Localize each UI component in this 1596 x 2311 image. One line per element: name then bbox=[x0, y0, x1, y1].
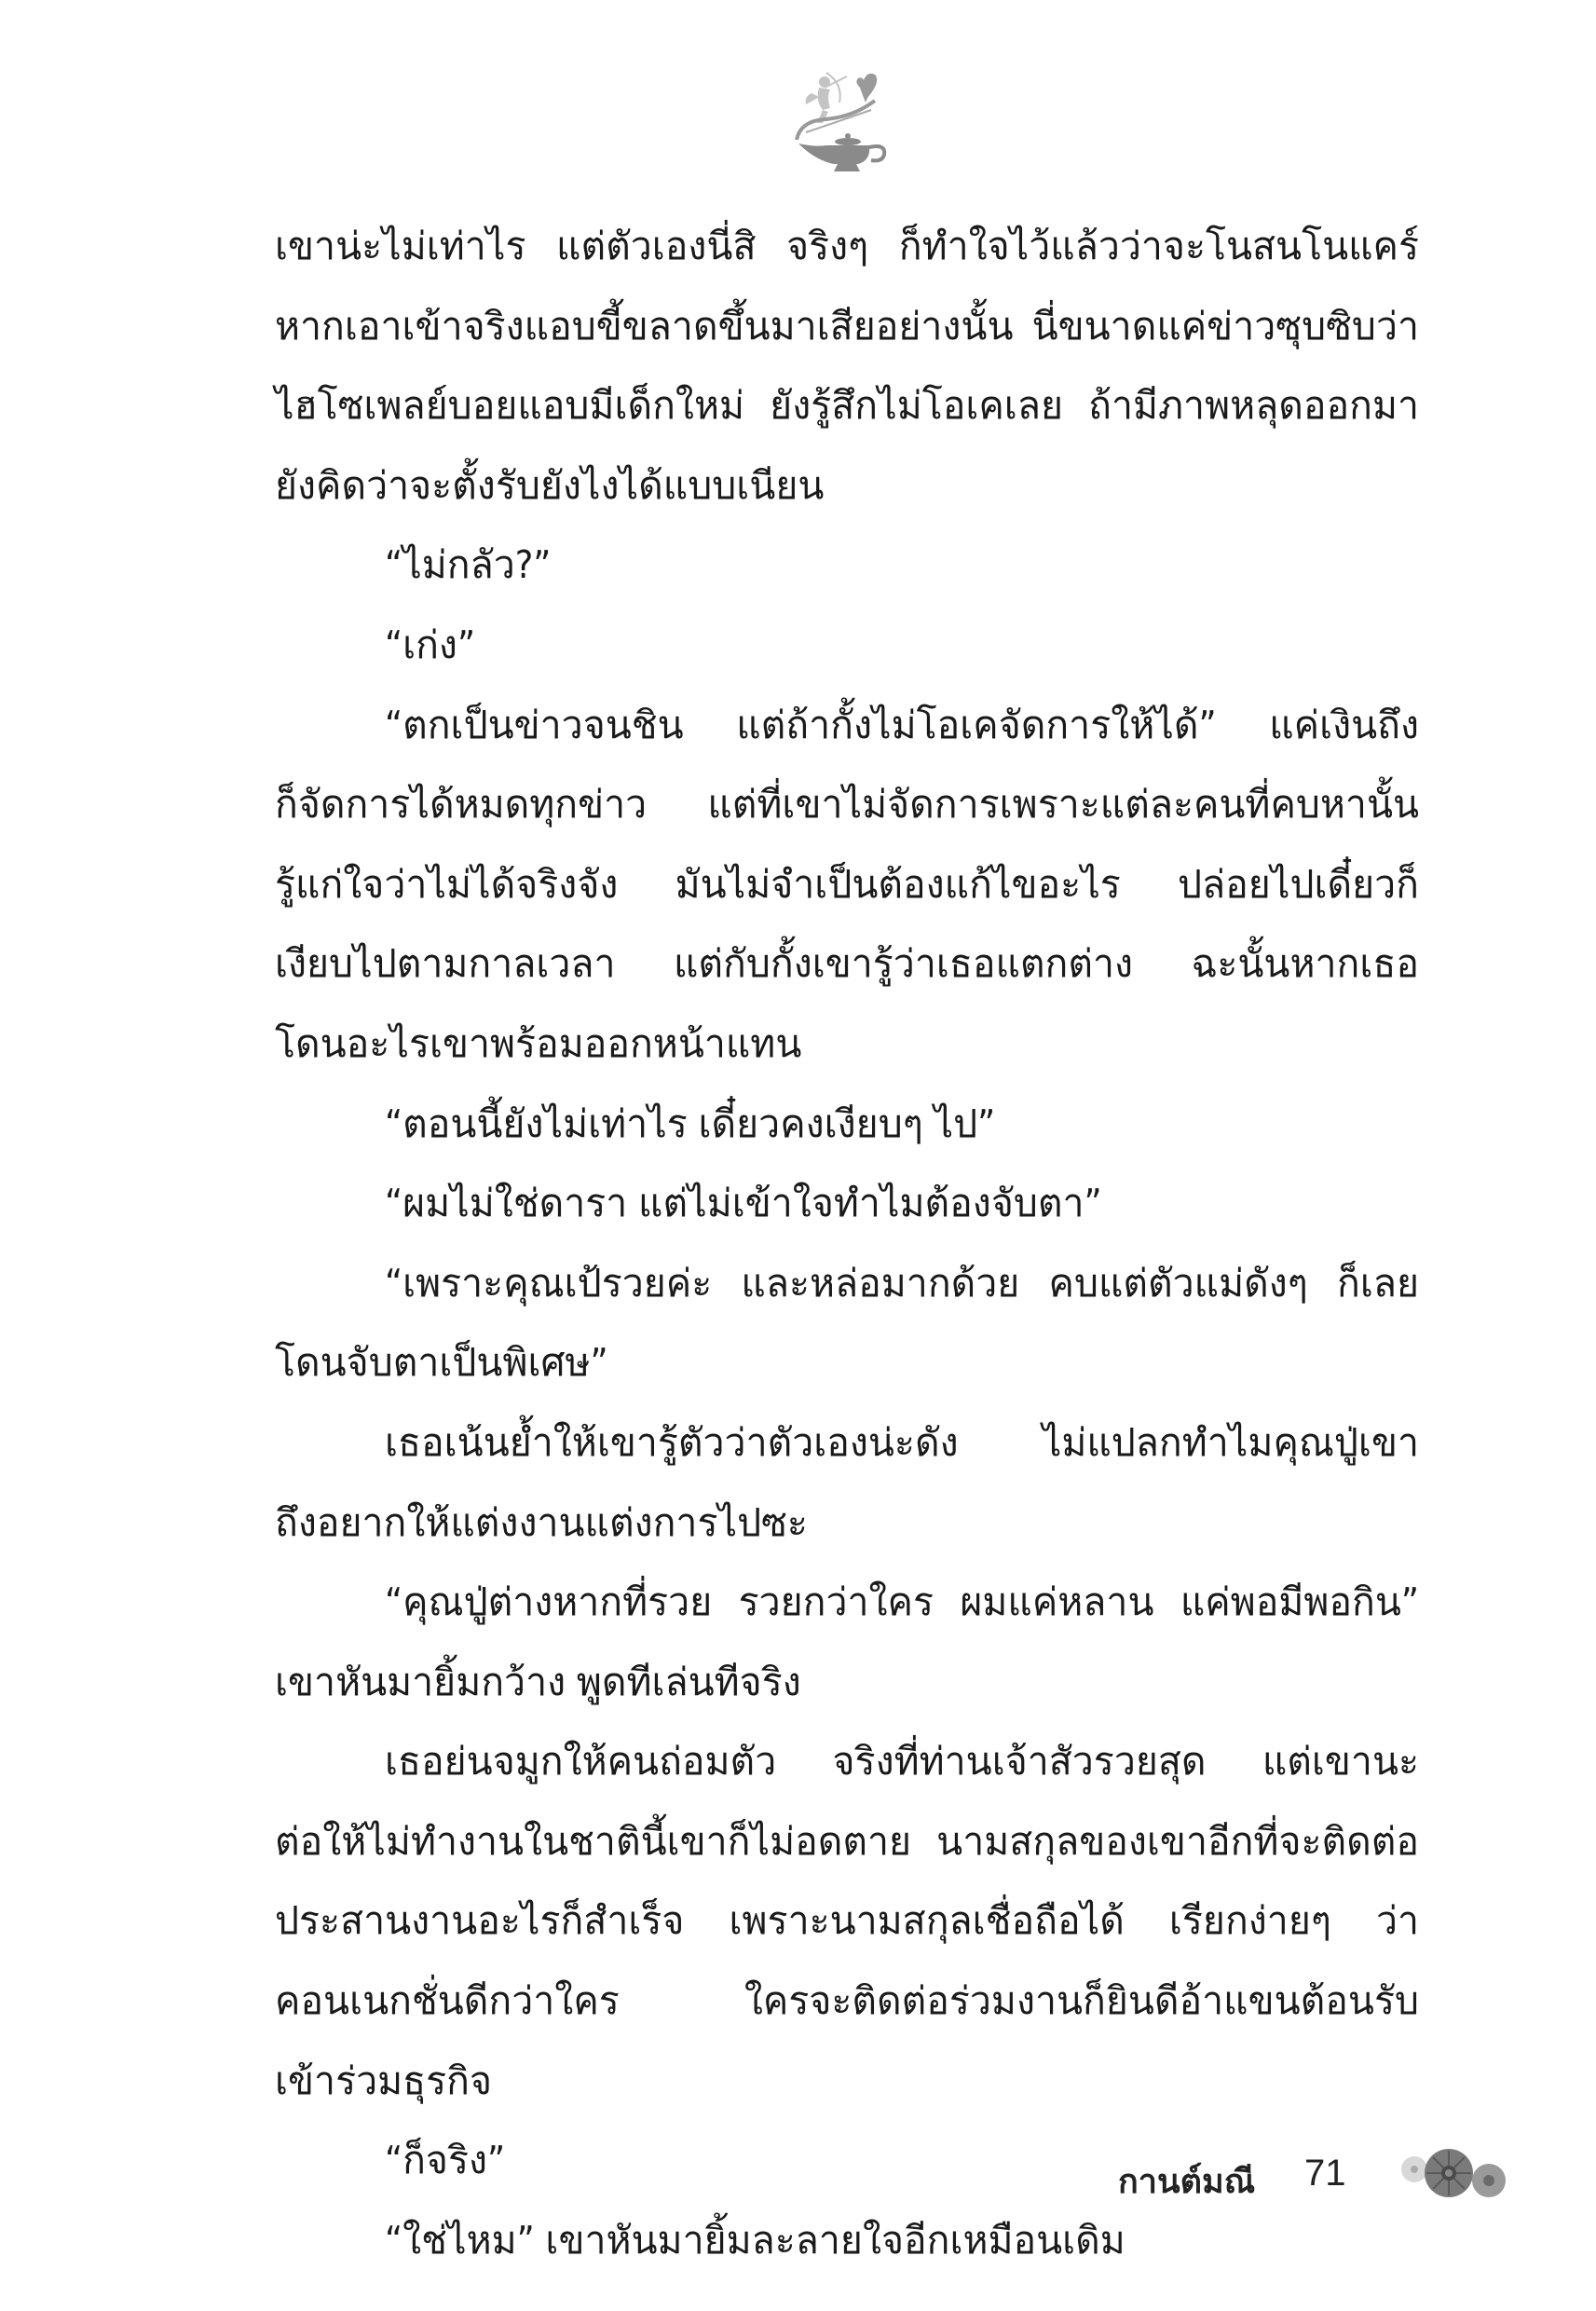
book-title: กานต์มณี bbox=[1118, 2154, 1255, 2208]
text-line: รู้แก่ใจว่าไม่ได้จริงจัง มันไม่จำเป็นต้อ… bbox=[275, 845, 1419, 925]
text-line: ไฮโซเพลย์บอยแอบมีเด็กใหม่ ยังรู้สึกไม่โอ… bbox=[275, 366, 1419, 446]
text-line: “คุณปู่ต่างหากที่รวย รวยกว่าใคร ผมแค่หลา… bbox=[275, 1563, 1419, 1643]
page-footer: กานต์มณี 71 bbox=[1118, 2143, 1509, 2218]
text-line: “ผมไม่ใช่ดารา แต่ไม่เข้าใจทำไมต้องจับตา” bbox=[275, 1164, 1419, 1244]
cupid-genie-lamp-icon bbox=[778, 56, 899, 177]
text-line: เขาน่ะไม่เท่าไร แต่ตัวเองนี่สิ จริงๆ ก็ท… bbox=[275, 207, 1419, 287]
text-line: หากเอาเข้าจริงแอบขี้ขลาดขึ้นมาเสียอย่างน… bbox=[275, 287, 1419, 367]
text-line: เธอย่นจมูกให้คนถ่อมตัว จริงที่ท่านเจ้าสั… bbox=[275, 1722, 1419, 1802]
text-line: ถึงอยากให้แต่งงานแต่งการไปซะ bbox=[275, 1484, 1419, 1564]
text-line: “ตอนนี้ยังไม่เท่าไร เดี๋ยวคงเงียบๆ ไป” bbox=[275, 1085, 1419, 1165]
body-text: เขาน่ะไม่เท่าไร แต่ตัวเองนี่สิ จริงๆ ก็ท… bbox=[275, 207, 1419, 2280]
text-line: “ตกเป็นข่าวจนชิน แต่ถ้ากั้งไม่โอเคจัดการ… bbox=[275, 686, 1419, 766]
text-line: โดนจับตาเป็นพิเศษ” bbox=[275, 1323, 1419, 1403]
text-line: ประสานงานอะไรก็สำเร็จ เพราะนามสกุลเชื่อถ… bbox=[275, 1881, 1419, 1962]
flowers-icon bbox=[1398, 2140, 1519, 2214]
book-page: เขาน่ะไม่เท่าไร แต่ตัวเองนี่สิ จริงๆ ก็ท… bbox=[0, 0, 1596, 2311]
page-number: 71 bbox=[1304, 2153, 1346, 2195]
text-line: “ไม่กลัว?” bbox=[275, 526, 1419, 606]
text-line: ก็จัดการได้หมดทุกข่าว แต่ที่เขาไม่จัดการ… bbox=[275, 765, 1419, 845]
text-line: โดนอะไรเขาพร้อมออกหน้าแทน bbox=[275, 1005, 1419, 1085]
text-line: คอนเนกชั่นดีกว่าใคร ใครจะติดต่อร่วมงานก็… bbox=[275, 1962, 1419, 2042]
text-line: เธอเน้นย้ำให้เขารู้ตัวว่าตัวเองน่ะดัง ไม… bbox=[275, 1403, 1419, 1484]
text-line: “เพราะคุณเป้รวยค่ะ และหล่อมากด้วย คบแต่ต… bbox=[275, 1244, 1419, 1324]
text-line: เขาหันมายิ้มกว้าง พูดทีเล่นทีจริง bbox=[275, 1643, 1419, 1723]
text-line: ยังคิดว่าจะตั้งรับยังไงได้แบบเนียน bbox=[275, 446, 1419, 526]
text-line: เข้าร่วมธุรกิจ bbox=[275, 2042, 1419, 2122]
text-line: “เก่ง” bbox=[275, 606, 1419, 686]
text-line: ต่อให้ไม่ทำงานในชาตินี้เขาก็ไม่อดตาย นาม… bbox=[275, 1802, 1419, 1882]
text-line: เงียบไปตามกาลเวลา แต่กับกั้งเขารู้ว่าเธอ… bbox=[275, 924, 1419, 1005]
